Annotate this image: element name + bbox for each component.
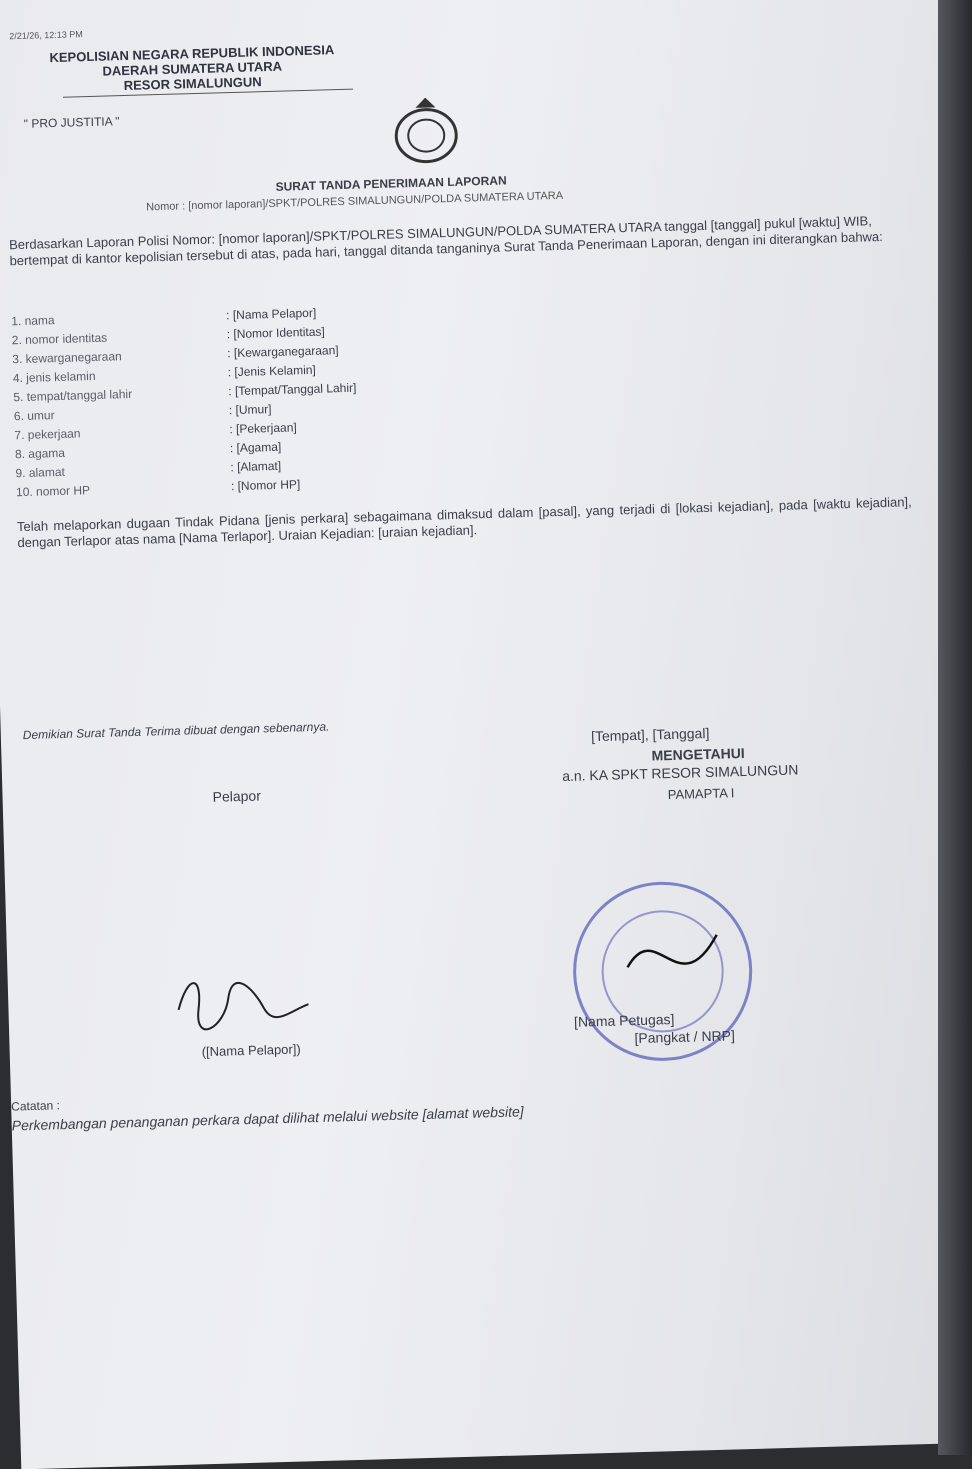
background-edge (938, 0, 972, 1455)
report-body: Telah melaporkan dugaan Tindak Pidana [j… (17, 494, 913, 551)
reporter-signed-name: ([Nama Pelapor]) (202, 1041, 301, 1059)
acknowledged-label: MENGETAHUI (651, 745, 744, 764)
police-emblem-icon (388, 95, 464, 167)
tracking-note: Perkembangan penanganan perkara dapat di… (11, 1103, 523, 1133)
on-behalf-label: a.n. KA SPKT RESOR SIMALUNGUN (562, 761, 799, 784)
officer-id: [Pangkat / NRP] (634, 1027, 735, 1046)
notes-label: Catatan : (11, 1098, 60, 1113)
reporter-signature-icon (167, 966, 319, 1040)
report-receipt-document: 2/21/26, 12:13 PM KEPOLISIAN NEGARA REPU… (0, 0, 972, 1455)
duty-officer-title: PAMAPTA I (668, 785, 735, 802)
closing-line: Demikian Surat Tanda Terima dibuat denga… (23, 702, 918, 743)
place-date: [Tempat], [Tanggal] (591, 725, 710, 744)
officer-name: [Nama Petugas] (574, 1011, 675, 1030)
print-timestamp: 2/21/26, 12:13 PM (9, 29, 83, 41)
reporter-fields: 1. nama: [Nama Pelapor] 2. nomor identit… (11, 302, 359, 502)
agency-header: KEPOLISIAN NEGARA REPUBLIK INDONESIA DAE… (22, 41, 363, 98)
reporter-label: Pelapor (212, 787, 261, 804)
pro-justitia: " PRO JUSTITIA " (24, 114, 120, 131)
intro-paragraph: Berdasarkan Laporan Polisi Nomor: [nomor… (9, 212, 905, 269)
document-title: SURAT TANDA PENERIMAAN LAPORAN (275, 173, 506, 193)
document-number: Nomor : [nomor laporan]/SPKT/POLRES SIMA… (146, 190, 563, 214)
